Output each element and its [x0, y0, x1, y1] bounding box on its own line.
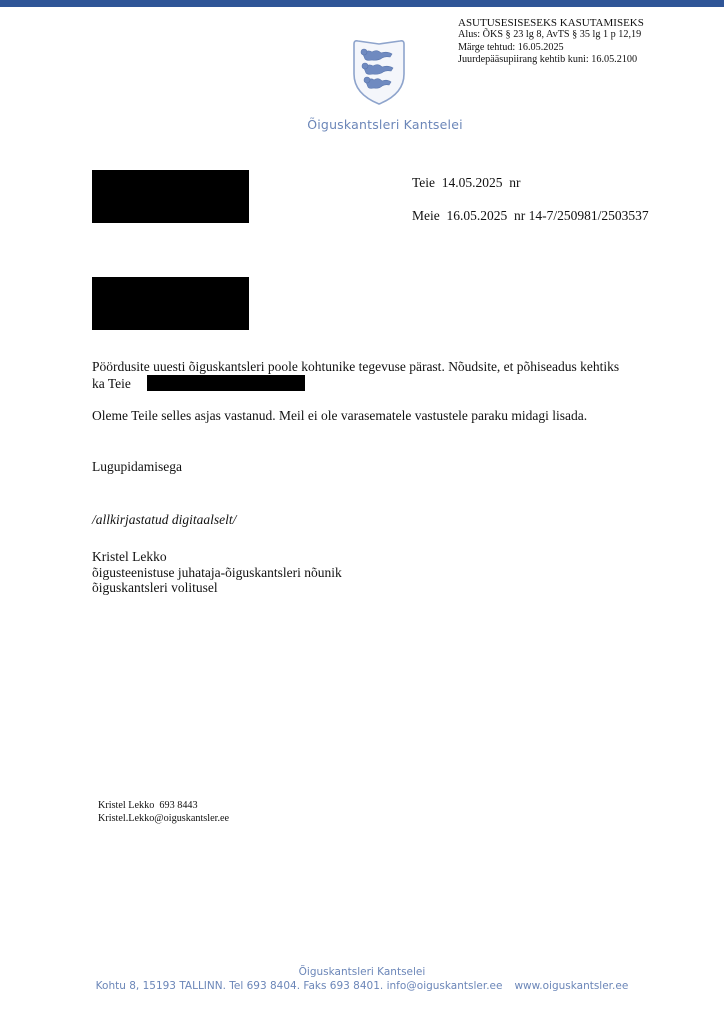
signer-name: Kristel Lekko	[92, 549, 692, 565]
digital-signature-note: /allkirjastatud digitaalselt/	[92, 511, 692, 528]
classification-basis: Alus: ÕKS § 23 lg 8, AvTS § 35 lg 1 p 12…	[458, 29, 644, 41]
signer-title: õigusteenistuse juhataja-õiguskantsleri …	[92, 565, 692, 581]
header-accent-bar	[0, 0, 724, 7]
paragraph-1-line-1: Pöördusite uuesti õiguskantsleri poole k…	[92, 359, 619, 374]
their-reference: Teie 14.05.2025 nr	[412, 175, 649, 191]
redacted-inline-text	[147, 375, 305, 391]
redacted-recipient-name	[92, 170, 249, 223]
classification-block: ASUTUSESISESEKS KASUTAMISEKS Alus: ÕKS §…	[458, 17, 644, 67]
paragraph-2: Oleme Teile selles asjas vastanud. Meil …	[92, 407, 692, 424]
footer-address: Kohtu 8, 15193 TALLINN. Tel 693 8404. Fa…	[96, 980, 503, 992]
page-footer: Õiguskantsleri Kantselei Kohtu 8, 15193 …	[0, 965, 724, 993]
contact-name-phone: Kristel Lekko 693 8443	[98, 799, 229, 812]
footer-org-name: Õiguskantsleri Kantselei	[0, 965, 724, 979]
signer-authority: õiguskantsleri volitusel	[92, 580, 692, 596]
classification-marked-date: Märge tehtud: 16.05.2025	[458, 42, 644, 54]
paragraph-1-line-2: ka Teie	[92, 376, 134, 391]
classification-title: ASUTUSESISESEKS KASUTAMISEKS	[458, 17, 644, 29]
coat-of-arms-icon	[350, 38, 408, 106]
agency-name: Õiguskantsleri Kantselei	[300, 117, 470, 132]
redacted-recipient-address	[92, 277, 249, 330]
our-reference: Meie 16.05.2025 nr 14-7/250981/2503537	[412, 208, 649, 224]
contact-email[interactable]: Kristel.Lekko@oiguskantsler.ee	[98, 812, 229, 825]
classification-restriction: Juurdepääsupiirang kehtib kuni: 16.05.21…	[458, 54, 644, 66]
contact-block: Kristel Lekko 693 8443 Kristel.Lekko@oig…	[98, 799, 229, 825]
closing-salutation: Lugupidamisega	[92, 458, 692, 475]
reference-block: Teie 14.05.2025 nr Meie 16.05.2025 nr 14…	[412, 175, 649, 224]
signer-block: Kristel Lekko õigusteenistuse juhataja-õ…	[92, 549, 692, 596]
footer-website-link[interactable]: www.oiguskantsler.ee	[514, 980, 628, 992]
